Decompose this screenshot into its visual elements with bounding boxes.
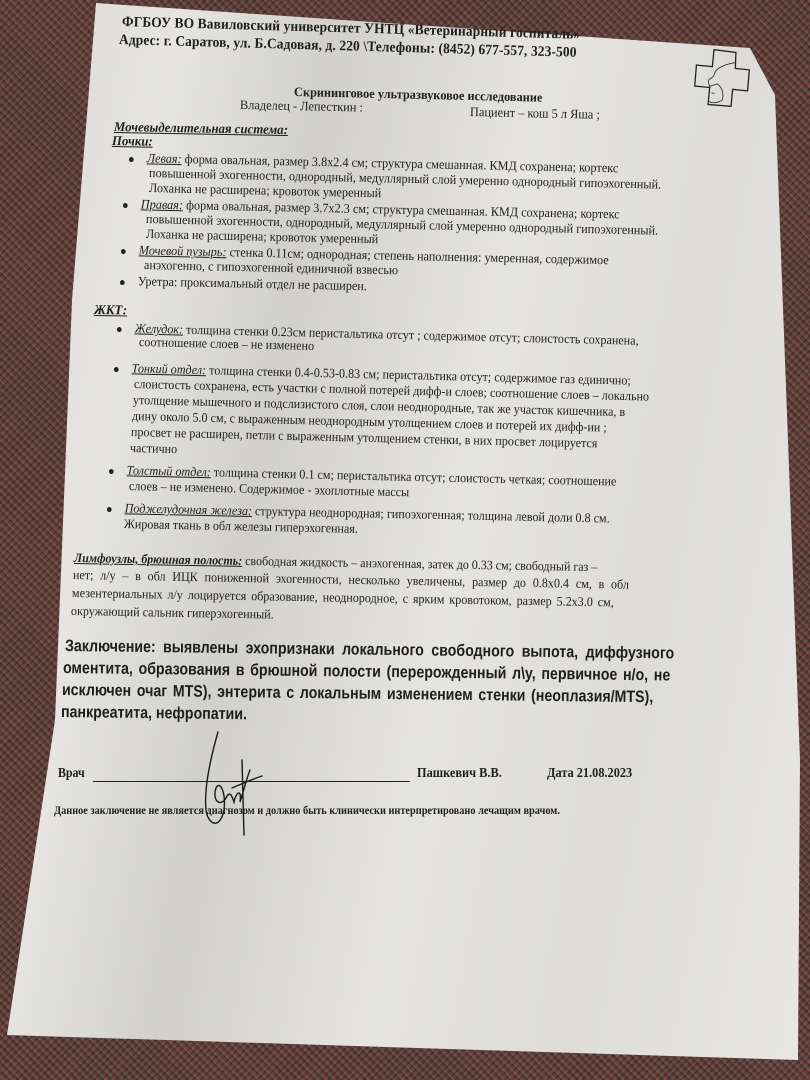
report-date: Дата 21.08.2023 <box>547 766 632 782</box>
gi-section-title: ЖКТ: <box>94 302 127 318</box>
bullet <box>114 367 119 372</box>
bullet <box>109 469 114 474</box>
bullet <box>120 280 125 285</box>
bullet <box>129 157 134 162</box>
conclusion-line-4: панкреатита, нефропатии. <box>61 703 247 724</box>
bullet <box>107 507 112 512</box>
kidneys-title: Почки: <box>112 133 153 150</box>
stomach-line-2: соотношение слоев – не изменено <box>139 334 314 354</box>
small-intestine-label: Тонкий отдел: <box>131 360 206 377</box>
patient-field: Пациент – кош 5 л Яша ; <box>470 104 600 123</box>
handwritten-signature-icon <box>190 730 265 840</box>
left-kidney-label: Левая: <box>147 150 182 166</box>
doctor-label: Врач <box>58 766 85 782</box>
pancreas-label: Поджелудочная железа: <box>125 500 253 518</box>
disclaimer-text: Данное заключение не является диагнозом … <box>54 803 560 818</box>
bullet <box>121 249 126 254</box>
bullet <box>123 203 128 208</box>
large-intestine-label: Толстый отдел: <box>127 462 212 479</box>
doctor-name: Пашкевич В.В. <box>417 766 502 782</box>
right-kidney-label: Правая: <box>141 196 183 212</box>
document: ФГБОУ ВО Вавиловский университет УНТЦ «В… <box>0 0 810 1080</box>
owner-field: Владелец - Лепесткин : <box>240 97 363 116</box>
bullet <box>117 327 122 332</box>
lymph-label: Лимфоузлы, брюшная полость: <box>74 550 242 568</box>
small-intestine-line-6: частично <box>130 440 178 457</box>
lymph-line-4: окружающий сальник гиперэхогенный. <box>71 603 274 623</box>
vet-cross-cat-dog-logo-icon <box>692 47 754 109</box>
